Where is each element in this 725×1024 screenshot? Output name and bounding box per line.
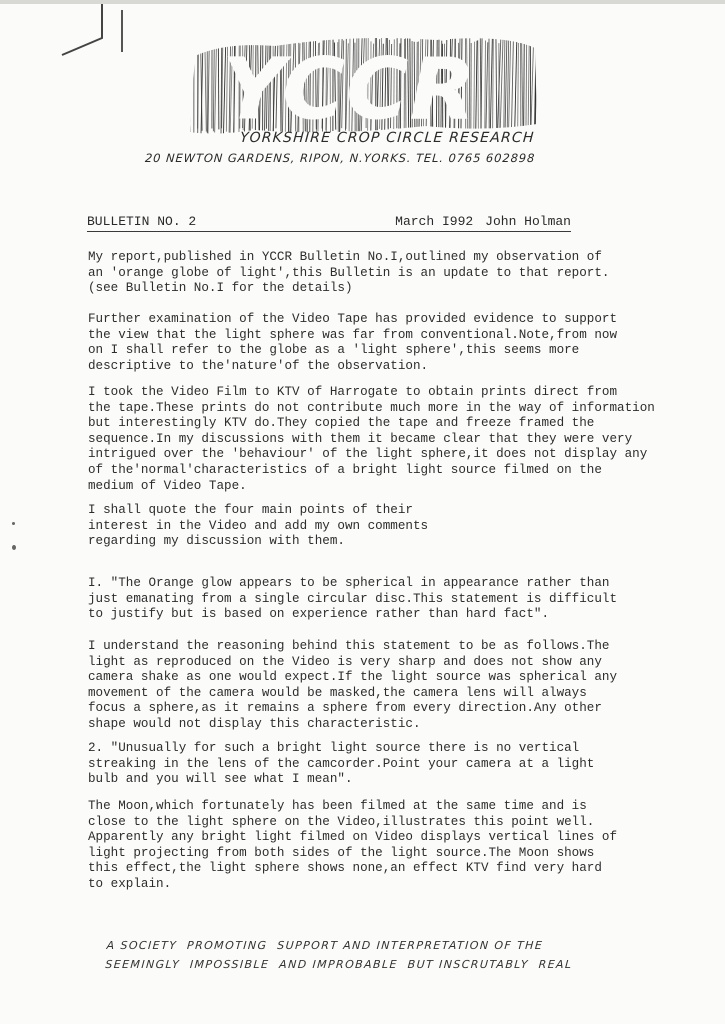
yccr-logo: YCCR bbox=[185, 28, 540, 140]
point-one-quote: I. "The Orange glow appears to be spheri… bbox=[88, 576, 698, 623]
paragraph-further-examination: Further examination of the Video Tape ha… bbox=[88, 312, 698, 374]
point-two-comment: The Moon,which fortunately has been film… bbox=[88, 799, 698, 893]
binder-clip-marks bbox=[55, 0, 135, 60]
point-one-comment: I understand the reasoning behind this s… bbox=[88, 639, 698, 733]
paragraph-four-points: I shall quote the four main points of th… bbox=[88, 503, 698, 550]
society-address: 20 NEWTON GARDENS, RIPON, N.YORKS. TEL. … bbox=[145, 151, 536, 165]
bulletin-number: BULLETIN NO. 2 bbox=[87, 214, 196, 229]
paragraph-intro: My report,published in YCCR Bulletin No.… bbox=[88, 250, 698, 297]
bulletin-date: March I992 bbox=[395, 214, 473, 229]
paragraph-ktv-visit: I took the Video Film to KTV of Harrogat… bbox=[88, 385, 698, 494]
logo-text: YCCR bbox=[223, 40, 477, 138]
society-name: YORKSHIRE CROP CIRCLE RESEARCH bbox=[239, 130, 535, 146]
scan-speck bbox=[12, 522, 15, 525]
scan-speck bbox=[12, 545, 16, 550]
bulletin-author: John Holman bbox=[485, 214, 571, 229]
society-motto: A SOCIETY PROMOTING SUPPORT AND INTERPRE… bbox=[105, 936, 608, 974]
bulletin-header: BULLETIN NO. 2 March I992John Holman bbox=[87, 214, 571, 232]
point-two-quote: 2. "Unusually for such a bright light so… bbox=[88, 741, 698, 788]
